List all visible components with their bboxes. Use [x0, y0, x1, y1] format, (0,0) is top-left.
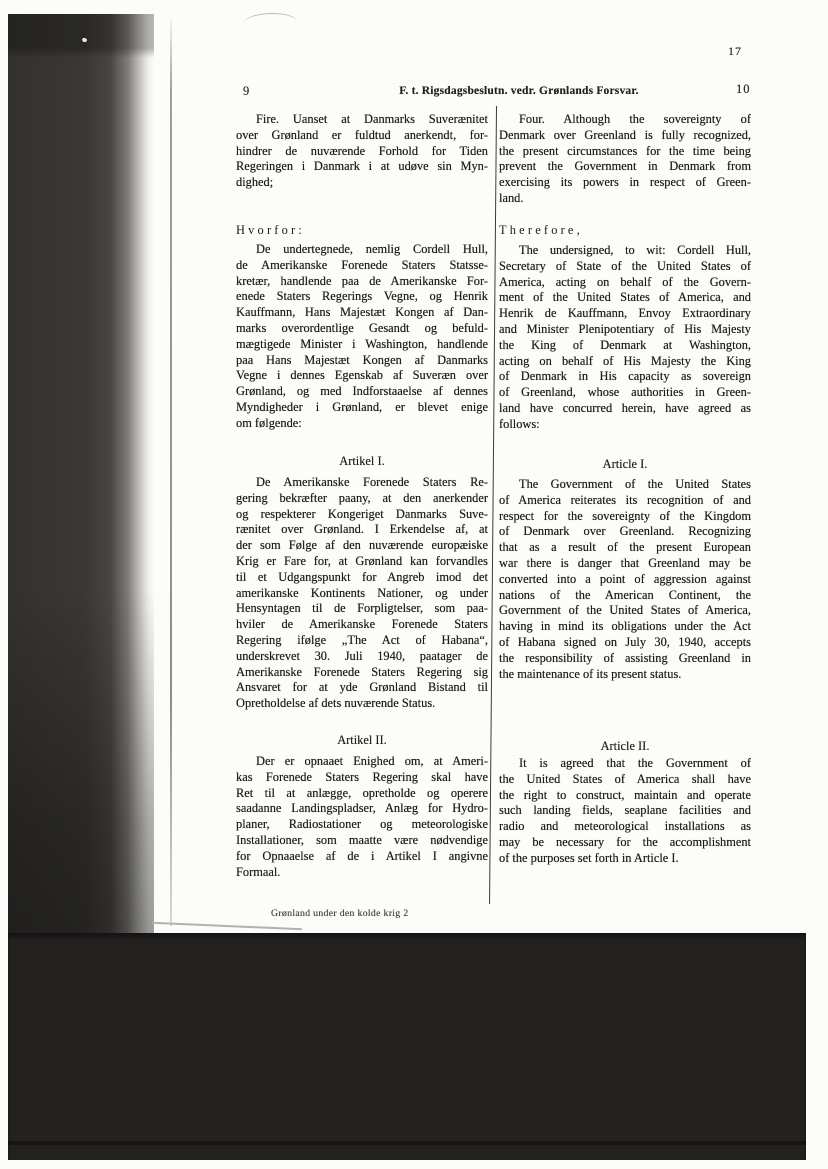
- section-heading: Therefore,: [499, 223, 751, 238]
- text-line: the right to construct, maintain and ope…: [499, 788, 751, 804]
- text-line: nations of the American Continent, the: [499, 588, 751, 604]
- text-line: Kauffmann, Hans Majestæt Kongen af Dan-: [236, 305, 488, 321]
- text-line: respect for the sovereignty of the Kingd…: [499, 509, 751, 525]
- paragraph: It is agreed that the Government ofthe U…: [499, 756, 751, 867]
- text-line: de Amerikanske Forenede Staters Statsse-: [236, 258, 488, 274]
- text-line: der som Følge af den nuværende europæisk…: [236, 538, 488, 554]
- text-line: over Grønland er fuldtud anerkendt, for-: [236, 128, 488, 144]
- text-line: exercising its powers in respect of Gree…: [499, 175, 751, 191]
- text-line: the United States of America shall have: [499, 772, 751, 788]
- text-line: Vegne i dennes Egenskab af Suveræn over: [236, 368, 488, 384]
- text-line: Amerikanske Forenede Staters Regering si…: [236, 665, 488, 681]
- text-line: that as a result of the present European: [499, 540, 751, 556]
- text-line: the maintenance of its present status.: [499, 667, 751, 683]
- scan-artifact: [81, 37, 87, 42]
- text-line: having in mind its obligations under the…: [499, 619, 751, 635]
- text-line: war there is danger that Greenland may b…: [499, 556, 751, 572]
- column-english: Four. Although the sovereignty ofDenmark…: [499, 0, 751, 1169]
- text-line: Denmark over Greenland is fully recogniz…: [499, 128, 751, 144]
- text-line: Fire. Uanset at Danmarks Suverænitet: [236, 112, 488, 128]
- text-line: for Opnaaelse af de i Artikel I angivne: [236, 849, 488, 865]
- text-line: rænitet over Grønland. I Erkendelse af, …: [236, 522, 488, 538]
- text-line: Der er opnaaet Enighed om, at Ameri-: [236, 754, 488, 770]
- paragraph: De undertegnede, nemlig Cordell Hull,de …: [236, 242, 488, 432]
- paragraph: Fire. Uanset at Danmarks Suverænitetover…: [236, 112, 488, 191]
- text-line: converted into a point of aggression aga…: [499, 572, 751, 588]
- text-line: til et Udgangspunkt for Angreb imod det: [236, 570, 488, 586]
- text-line: Installationer, som maatte være nødvendi…: [236, 833, 488, 849]
- page-spine-edge: [170, 18, 172, 926]
- text-line: Opretholdelse af dets nuværende Status.: [236, 696, 488, 712]
- section-heading: Hvorfor:: [236, 223, 488, 238]
- text-line: dighed;: [236, 175, 488, 191]
- paragraph: Der er opnaaet Enighed om, at Ameri-kas …: [236, 754, 488, 880]
- column-danish: Fire. Uanset at Danmarks Suverænitetover…: [236, 0, 488, 1169]
- section-heading: Article I.: [499, 457, 751, 472]
- text-line: Government of the United States of Ameri…: [499, 603, 751, 619]
- text-line: the responsibility of assisting Greenlan…: [499, 651, 751, 667]
- scanned-book-page: 17 9 F. t. Rigsdagsbeslutn. vedr. Grønla…: [0, 0, 828, 1169]
- text-line: radio and meteorological installations a…: [499, 819, 751, 835]
- text-line: ment of the United States of America, an…: [499, 290, 751, 306]
- paragraph: The undersigned, to wit: Cordell Hull,Se…: [499, 243, 751, 433]
- text-line: Regeringen i Danmark i at udøve sin Myn-: [236, 159, 488, 175]
- scan-gutter-shadow: [8, 14, 154, 936]
- text-line: Secretary of State of the United States …: [499, 259, 751, 275]
- section-heading: Article II.: [499, 739, 751, 754]
- text-line: of the purposes set forth in Article I.: [499, 851, 751, 867]
- text-line: Grønland, og med Indforstaaelse af denne…: [236, 384, 488, 400]
- text-line: planer, Radiostationer og meteorologiske: [236, 817, 488, 833]
- text-line: of Denmark over Greenland. Recognizing: [499, 524, 751, 540]
- text-line: Ret til at anlægge, opretholde og operer…: [236, 786, 488, 802]
- text-line: Regering ifølge „The Act of Habana“,: [236, 633, 488, 649]
- text-line: hviler de Amerikanske Forenede Staters: [236, 617, 488, 633]
- text-line: It is agreed that the Government of: [499, 756, 751, 772]
- text-line: og respekterer Kongeriget Danmarks Suve-: [236, 507, 488, 523]
- text-line: enede Staters Regerings Vegne, og Henrik: [236, 289, 488, 305]
- text-line: kretær, handlende paa de Amerikanske For…: [236, 274, 488, 290]
- text-line: kas Forenede Staters Regering skal have: [236, 770, 488, 786]
- text-line: Henrik de Kauffmann, Envoy Extraordinary: [499, 306, 751, 322]
- text-line: of Denmark in His capacity as sovereign: [499, 369, 751, 385]
- text-line: Hensyntagen til de Forpligtelser, som pa…: [236, 601, 488, 617]
- text-line: marks overordentlige Gesandt og befuld-: [236, 321, 488, 337]
- text-line: Ansvaret for at yde Grønland Bistand til: [236, 680, 488, 696]
- text-line: land have concurred herein, have agreed …: [499, 401, 751, 417]
- text-line: Four. Although the sovereignty of: [499, 112, 751, 128]
- text-line: underskrevet 30. Juli 1940, paatager de: [236, 649, 488, 665]
- text-line: saadanne Landingspladser, Anlæg for Hydr…: [236, 801, 488, 817]
- text-line: paa Hans Majestæt Kongen af Danmarks: [236, 353, 488, 369]
- text-line: and Minister Plenipotentiary of His Maje…: [499, 322, 751, 338]
- text-line: mægtigede Minister i Washington, handlen…: [236, 337, 488, 353]
- text-line: De Amerikanske Forenede Staters Re-: [236, 475, 488, 491]
- text-line: The Government of the United States: [499, 477, 751, 493]
- text-line: land.: [499, 191, 751, 207]
- section-heading: Artikel I.: [236, 454, 488, 469]
- text-line: The undersigned, to wit: Cordell Hull,: [499, 243, 751, 259]
- text-line: the King of Denmark at Washington,: [499, 338, 751, 354]
- text-line: De undertegnede, nemlig Cordell Hull,: [236, 242, 488, 258]
- paragraph: De Amerikanske Forenede Staters Re-gerin…: [236, 475, 488, 712]
- text-line: hindrer de nuværende Forhold for Tiden: [236, 144, 488, 160]
- text-line: the present circumstances for the time b…: [499, 144, 751, 160]
- paragraph: The Government of the United Statesof Am…: [499, 477, 751, 682]
- text-line: Myndigheder i Grønland, er blevet enige: [236, 400, 488, 416]
- text-line: prevent the Government in Denmark from: [499, 159, 751, 175]
- text-line: of America reiterates its recognition of…: [499, 493, 751, 509]
- paragraph: Four. Although the sovereignty ofDenmark…: [499, 112, 751, 207]
- text-line: om følgende:: [236, 416, 488, 432]
- text-line: Formaal.: [236, 865, 488, 881]
- text-line: of Greenland, whose authorities in Green…: [499, 385, 751, 401]
- text-line: America, acting on behalf of the Govern-: [499, 275, 751, 291]
- text-line: gering bekræfter paany, at den anerkende…: [236, 491, 488, 507]
- book-footer-note: Grønland under den kolde krig 2: [271, 908, 571, 919]
- column-divider-rule: [489, 106, 497, 904]
- text-line: of Habana signed on July 30, 1940, accep…: [499, 635, 751, 651]
- text-line: amerikanske Kontinents Nationer, og unde…: [236, 586, 488, 602]
- text-line: may be necessary for the accomplishment: [499, 835, 751, 851]
- section-heading: Artikel II.: [236, 733, 488, 748]
- text-line: such landing fields, seaplane facilities…: [499, 803, 751, 819]
- text-line: Krig er Fare for, at Grønland kan forvan…: [236, 554, 488, 570]
- text-line: follows:: [499, 417, 751, 433]
- text-line: acting on behalf of His Majesty the King: [499, 354, 751, 370]
